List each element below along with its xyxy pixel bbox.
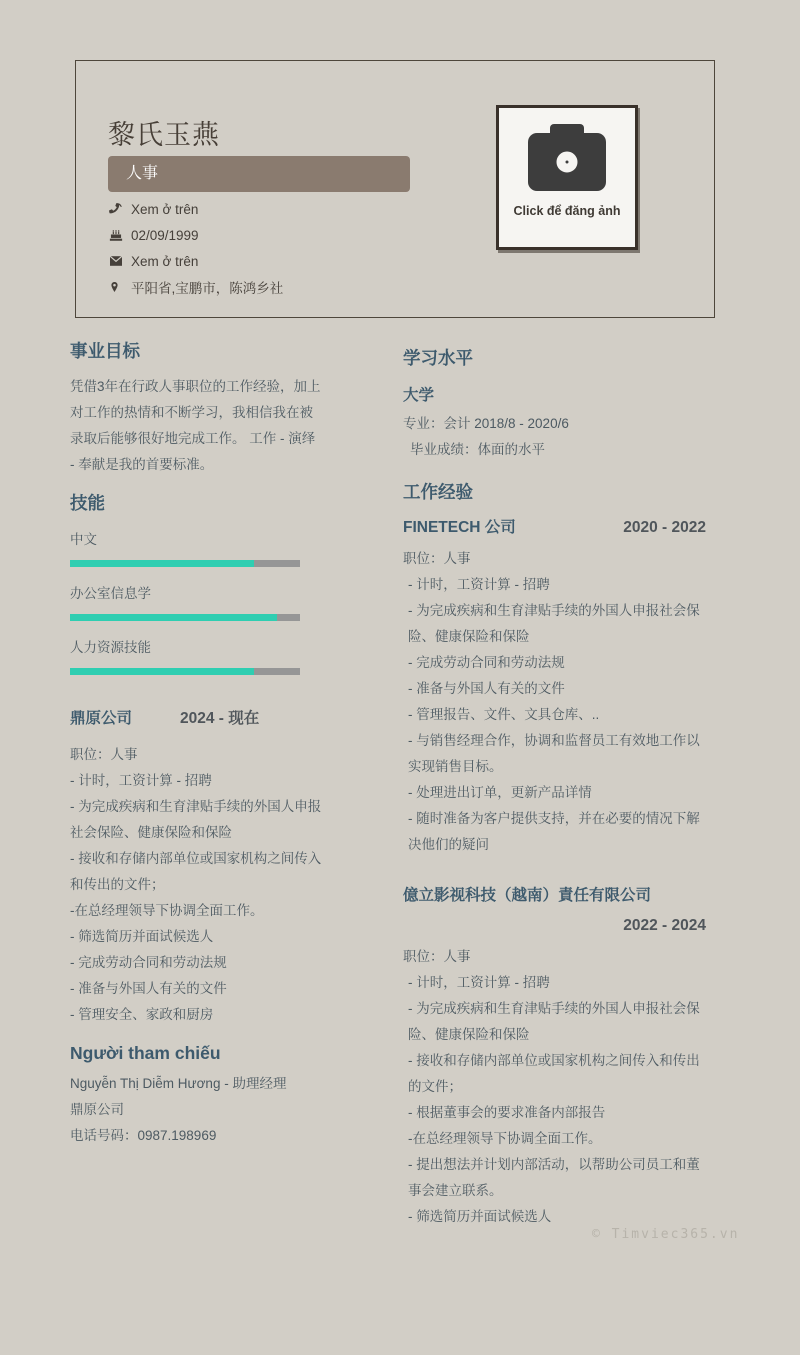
skill-item: 中文: [70, 530, 323, 567]
job-title: 人事: [126, 165, 158, 182]
job-bullet: - 提出想法并计划内部活动，以帮助公司员工和董事会建立联系。: [403, 1152, 706, 1204]
contact-row-phone: Xem ở trên: [109, 196, 283, 222]
contact-address-text: 平阳省,宝鹏市，陈鸿乡社: [131, 277, 283, 297]
job-bullet: - 为完成疾病和生育津贴手续的外国人申报社会保险、健康保险和保险: [403, 598, 706, 650]
phone-icon: [109, 203, 126, 216]
job-bullet: -在总经理领导下协调全面工作。: [70, 898, 323, 924]
section-heading-objective: 事业目标: [70, 341, 323, 361]
job1-position: 职位：人事: [403, 546, 706, 572]
job2-position: 职位：人事: [403, 944, 706, 970]
contact-phone-text: Xem ở trên: [131, 202, 198, 217]
job-position: 职位：人事: [70, 742, 323, 768]
job1-period: 2020 - 2022: [623, 517, 706, 539]
contact-list: Xem ở trên 02/09/1999: [109, 196, 283, 300]
right-column: 学习水平 大学 专业：会计 2018/8 - 2020/6 毕业成绩：体面的水平…: [403, 330, 706, 1230]
skill-progress-bar: [70, 560, 300, 567]
section-heading-references: Người tham chiếu: [70, 1043, 323, 1063]
reference-line: 鼎原公司: [70, 1097, 323, 1123]
contact-row-address: 平阳省,宝鹏市，陈鸿乡社: [109, 274, 283, 300]
job2-company: 億立影视科技（越南）責任有限公司: [403, 885, 706, 907]
skills-list: 中文 办公室信息学 人力资源技能: [70, 530, 323, 675]
job-bullet: - 为完成疾病和生育津贴手续的外国人申报社会保险、健康保险和保险: [403, 996, 706, 1048]
job2-bullet-list: - 计时，工资计算 - 招聘- 为完成疾病和生育津贴手续的外国人申报社会保险、健…: [403, 970, 706, 1230]
job-bullet: - 为完成疾病和生育津贴手续的外国人申报社会保险、健康保险和保险: [70, 794, 323, 846]
company-name: 鼎原公司: [70, 708, 132, 730]
objective-text: 凭借3年在行政人事职位的工作经验，加上对工作的热情和不断学习，我相信我在被录取后…: [70, 374, 323, 478]
header-card: 黎氏玉燕 人事 Xem ở trên: [75, 60, 715, 318]
section-heading-education: 学习水平: [403, 348, 706, 368]
job-bullet: - 随时准备为客户提供支持，并在必要的情况下解决他们的疑问: [403, 806, 706, 858]
reference-line: 电话号码：0987.198969: [70, 1123, 323, 1149]
watermark: © Timviec365.vn: [592, 1227, 739, 1242]
skill-item: 办公室信息学: [70, 584, 323, 621]
photo-upload-button[interactable]: Click để đăng ảnh: [496, 105, 638, 250]
job-bullet: - 处理进出订单，更新产品详情: [403, 780, 706, 806]
contact-email-text: Xem ở trên: [131, 254, 198, 269]
left-column: 事业目标 凭借3年在行政人事职位的工作经验，加上对工作的热情和不断学习，我相信我…: [70, 330, 323, 1230]
skill-label: 办公室信息学: [70, 584, 323, 604]
skill-progress-fill: [70, 614, 277, 621]
skill-label: 中文: [70, 530, 323, 550]
job-bullet: - 完成劳动合同和劳动法规: [70, 950, 323, 976]
job-bullet: - 管理安全、家政和厨房: [70, 1002, 323, 1028]
reference-line: Nguyễn Thị Diễm Hương - 助理经理: [70, 1071, 323, 1097]
job-bullet: - 准备与外国人有关的文件: [403, 676, 706, 702]
camera-lens: [557, 152, 578, 173]
contact-row-email: Xem ở trên: [109, 248, 283, 274]
job-bullet-list: - 计时，工资计算 - 招聘- 为完成疾病和生育津贴手续的外国人申报社会保险、健…: [70, 768, 323, 1028]
skill-progress-fill: [70, 668, 254, 675]
skill-progress-bar: [70, 614, 300, 621]
job-bullet: - 计时，工资计算 - 招聘: [403, 970, 706, 996]
education-major: 专业：会计 2018/8 - 2020/6: [403, 411, 706, 437]
job2-period: 2022 - 2024: [403, 915, 706, 937]
job-bullet: - 计时，工资计算 - 招聘: [403, 572, 706, 598]
section-heading-skills: 技能: [70, 493, 323, 513]
job-title-bar: 人事: [108, 156, 410, 192]
education-grade: 毕业成绩：体面的水平: [403, 437, 706, 463]
job-bullet: - 接收和存储内部单位或国家机构之间传入和传出的文件；: [403, 1048, 706, 1100]
reference-lines: Nguyễn Thị Diễm Hương - 助理经理鼎原公司电话号码：098…: [70, 1071, 323, 1149]
skill-progress-fill: [70, 560, 254, 567]
job-bullet: - 计时，工资计算 - 招聘: [70, 768, 323, 794]
job1-company: FINETECH 公司: [403, 517, 516, 539]
resume-page: 黎氏玉燕 人事 Xem ở trên: [0, 0, 800, 1355]
job-bullet: -在总经理领导下协调全面工作。: [403, 1126, 706, 1152]
job-bullet: - 准备与外国人有关的文件: [70, 976, 323, 1002]
camera-icon: [528, 133, 606, 191]
contact-birthday-text: 02/09/1999: [131, 228, 199, 243]
resume-body: 事业目标 凭借3年在行政人事职位的工作经验，加上对工作的热情和不断学习，我相信我…: [70, 330, 730, 1230]
education-school: 大学: [403, 385, 706, 407]
job-bullet: - 与销售经理合作，协调和监督员工有效地工作以实现销售目标。: [403, 728, 706, 780]
skill-item: 人力资源技能: [70, 638, 323, 675]
job-header-left: 鼎原公司 2024 - 现在: [70, 708, 323, 730]
skill-label: 人力资源技能: [70, 638, 323, 658]
job-bullet: - 管理报告、文件、文具仓库、..: [403, 702, 706, 728]
section-heading-work: 工作经验: [403, 482, 706, 502]
job1-bullet-list: - 计时，工资计算 - 招聘- 为完成疾病和生育津贴手续的外国人申报社会保险、健…: [403, 572, 706, 858]
photo-upload-label: Click để đăng ảnh: [499, 204, 635, 218]
skill-progress-bar: [70, 668, 300, 675]
job-period: 2024 - 现在: [180, 708, 259, 730]
job-bullet: - 筛选简历并面试候选人: [70, 924, 323, 950]
location-icon: [109, 280, 126, 294]
job-bullet: - 接收和存储内部单位或国家机构之间传入和传出的文件；: [70, 846, 323, 898]
job1-header: FINETECH 公司 2020 - 2022: [403, 517, 706, 539]
job-bullet: - 根据董事会的要求准备内部报告: [403, 1100, 706, 1126]
contact-row-birthday: 02/09/1999: [109, 222, 283, 248]
email-icon: [109, 255, 126, 267]
job-bullet: - 完成劳动合同和劳动法规: [403, 650, 706, 676]
candidate-name: 黎氏玉燕: [108, 113, 220, 152]
birthday-icon: [109, 228, 126, 242]
